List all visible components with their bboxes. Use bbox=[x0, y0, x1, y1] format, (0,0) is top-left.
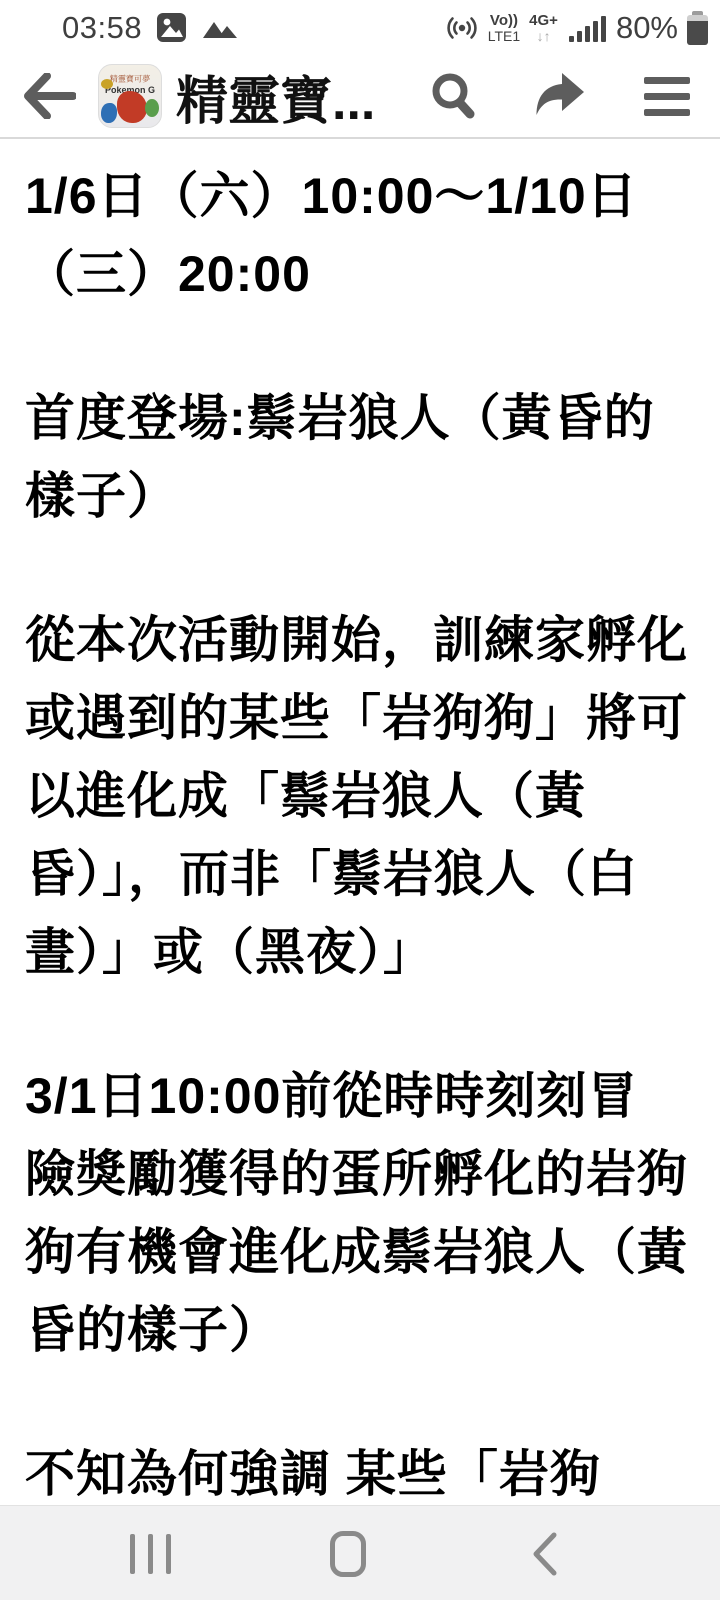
recents-icon bbox=[130, 1534, 171, 1574]
nav-back-button[interactable] bbox=[485, 1506, 605, 1600]
clock: 03:58 bbox=[62, 10, 142, 46]
battery-icon bbox=[687, 11, 708, 45]
share-arrow-icon bbox=[534, 71, 586, 121]
back-chevron-icon bbox=[532, 1532, 558, 1576]
browser-app-bar: 精靈寶可夢 Pokemon G 精靈寶... bbox=[0, 55, 720, 139]
battery-percent-label: 80% bbox=[616, 10, 678, 46]
hamburger-menu-icon bbox=[644, 77, 690, 116]
search-icon bbox=[430, 72, 476, 120]
back-arrow-icon bbox=[24, 73, 76, 119]
page-title: 精靈寶... bbox=[176, 59, 420, 134]
evolution-paragraph: 從本次活動開始，訓練家孵化 或遇到的某些「岩狗狗」將可 以進化成「鬃岩狼人（黃 … bbox=[25, 601, 695, 991]
gallery-notification-icon bbox=[201, 16, 239, 40]
status-bar: 03:58 Vo)) LTE1 bbox=[0, 0, 720, 55]
debut-paragraph: 首度登場:鬃岩狼人（黃昏的 樣子） bbox=[25, 379, 695, 535]
signal-strength-icon bbox=[567, 12, 607, 44]
network-type-indicator: 4G+ ↓↑ bbox=[529, 13, 558, 43]
favicon-art bbox=[145, 99, 159, 117]
share-button[interactable] bbox=[534, 71, 586, 121]
article-content: 1/6日（六）10:00～1/10日 （三）20:00 首度登場:鬃岩狼人（黃昏… bbox=[0, 141, 720, 1505]
home-icon bbox=[330, 1531, 366, 1577]
truncated-paragraph: 不知為何強調 某些「岩狗 bbox=[25, 1435, 695, 1505]
hotspot-icon bbox=[445, 11, 479, 45]
menu-button[interactable] bbox=[644, 77, 690, 116]
search-button[interactable] bbox=[430, 72, 476, 120]
screenshot-notification-icon bbox=[156, 12, 187, 43]
favicon-art bbox=[101, 103, 117, 123]
event-date-paragraph: 1/6日（六）10:00～1/10日 （三）20:00 bbox=[25, 157, 695, 313]
volte-indicator: Vo)) LTE1 bbox=[488, 13, 520, 43]
android-navigation-bar bbox=[0, 1505, 720, 1600]
adventure-sync-paragraph: 3/1日10:00前從時時刻刻冒 險獎勵獲得的蛋所孵化的岩狗 狗有機會進化成鬃岩… bbox=[25, 1057, 695, 1369]
home-button[interactable] bbox=[288, 1506, 408, 1600]
favicon-art bbox=[101, 79, 113, 89]
favicon-art bbox=[117, 91, 147, 123]
back-button[interactable] bbox=[24, 73, 76, 119]
recents-button[interactable] bbox=[90, 1506, 210, 1600]
page-favicon: 精靈寶可夢 Pokemon G bbox=[98, 64, 162, 128]
